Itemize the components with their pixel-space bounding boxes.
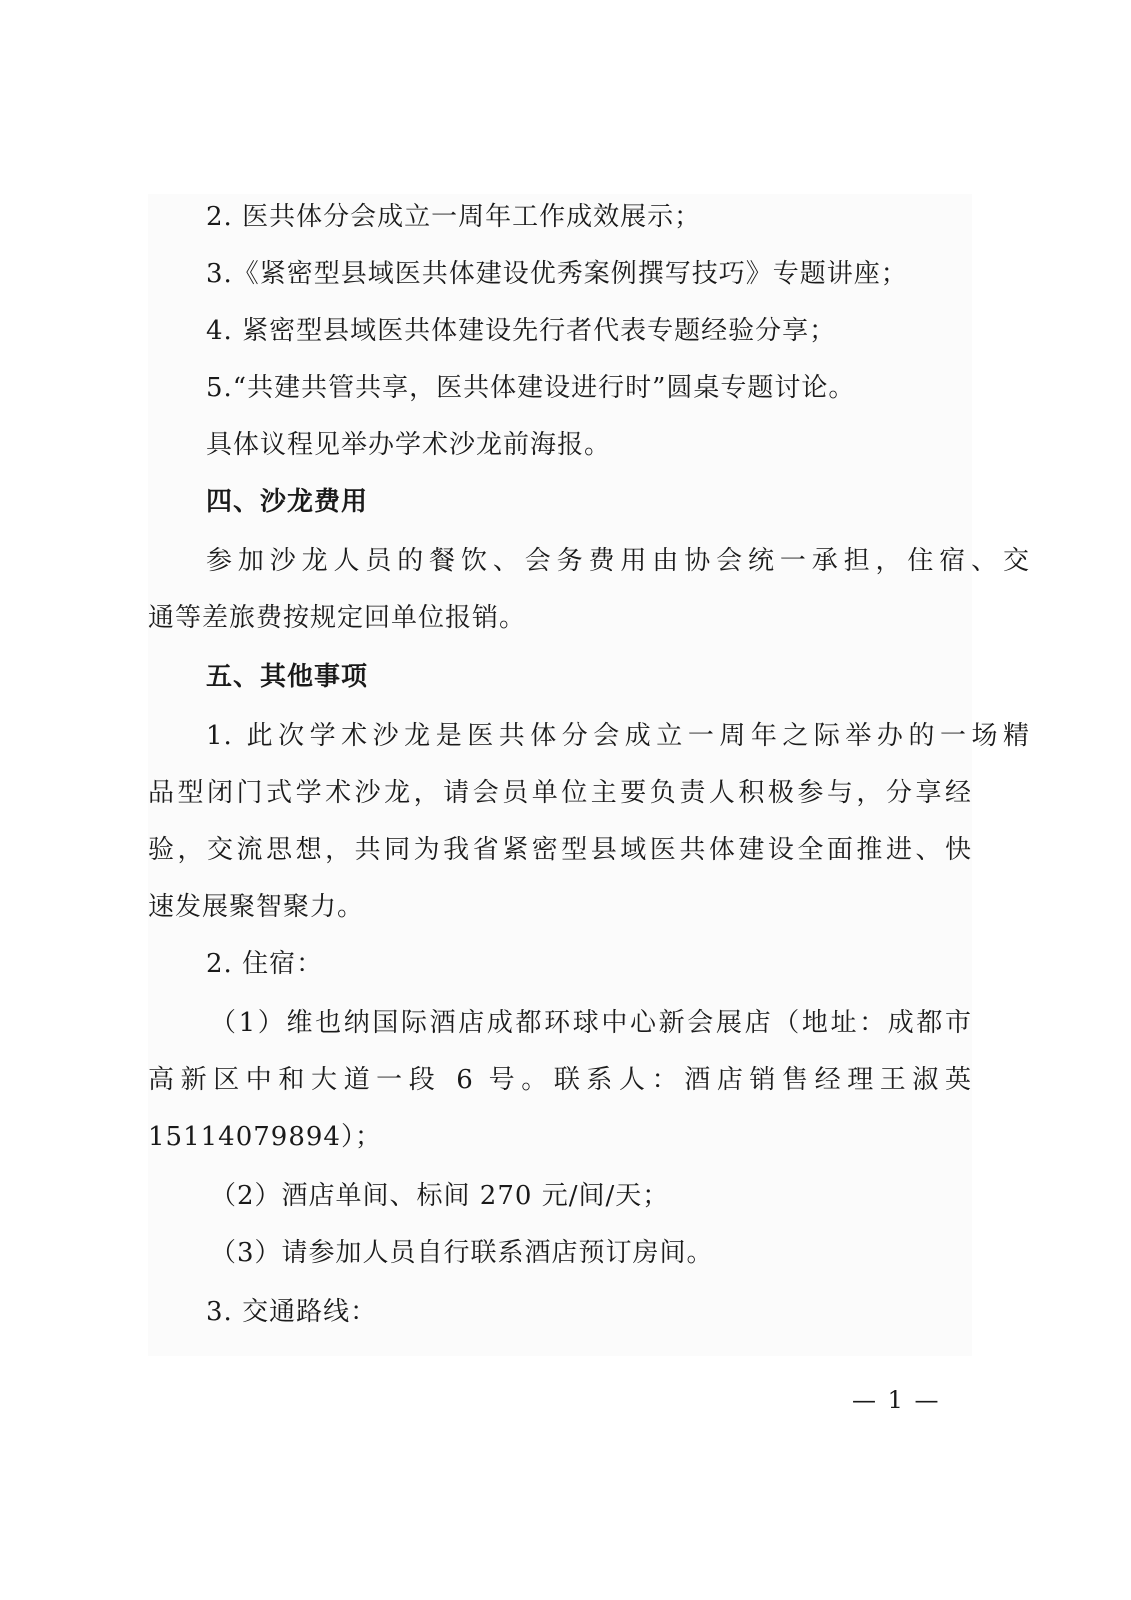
hotel-line-2: 高新区中和大道一段 6 号。联系人：酒店销售经理王淑英 <box>148 1063 972 1097</box>
agenda-item-2: 2. 医共体分会成立一周年工作成效展示； <box>148 200 1030 234</box>
other-item1-line-3: 验，交流思想，共同为我省紧密型县域医共体建设全面推进、快 <box>148 833 972 867</box>
hotel-line-1: （1）维也纳国际酒店成都环球中心新会展店（地址：成都市 <box>148 1006 972 1040</box>
lodging-label: 2. 住宿： <box>148 947 1030 981</box>
other-item1-line-2: 品型闭门式学术沙龙，请会员单位主要负责人积极参与，分享经 <box>148 776 972 810</box>
fees-paragraph-line-1: 参加沙龙人员的餐饮、会务费用由协会统一承担，住宿、交 <box>148 544 1030 578</box>
hotel-line-3: 15114079894）； <box>148 1120 972 1154</box>
hotel-booking-note: （3）请参加人员自行联系酒店预订房间。 <box>148 1236 1034 1270</box>
document-body: 2. 医共体分会成立一周年工作成效展示； 3.《紧密型县域医共体建设优秀案例撰写… <box>148 194 972 1356</box>
agenda-note: 具体议程见举办学术沙龙前海报。 <box>148 428 1030 462</box>
agenda-item-3: 3.《紧密型县域医共体建设优秀案例撰写技巧》专题讲座； <box>148 257 1030 291</box>
agenda-item-5: 5.“共建共管共享，医共体建设进行时”圆桌专题讨论。 <box>148 371 1030 405</box>
other-item1-line-4: 速发展聚智聚力。 <box>148 890 972 924</box>
transport-label: 3. 交通路线： <box>148 1295 1030 1329</box>
page-number: — 1 — <box>852 1386 941 1414</box>
fees-paragraph-line-2: 通等差旅费按规定回单位报销。 <box>148 601 972 635</box>
other-item1-line-1: 1. 此次学术沙龙是医共体分会成立一周年之际举办的一场精 <box>148 719 1030 753</box>
section-heading-other: 五、其他事项 <box>148 660 1030 694</box>
section-heading-fees: 四、沙龙费用 <box>148 485 1030 519</box>
agenda-item-4: 4. 紧密型县域医共体建设先行者代表专题经验分享； <box>148 314 1030 348</box>
hotel-price: （2）酒店单间、标间 270 元/间/天； <box>148 1179 1034 1213</box>
